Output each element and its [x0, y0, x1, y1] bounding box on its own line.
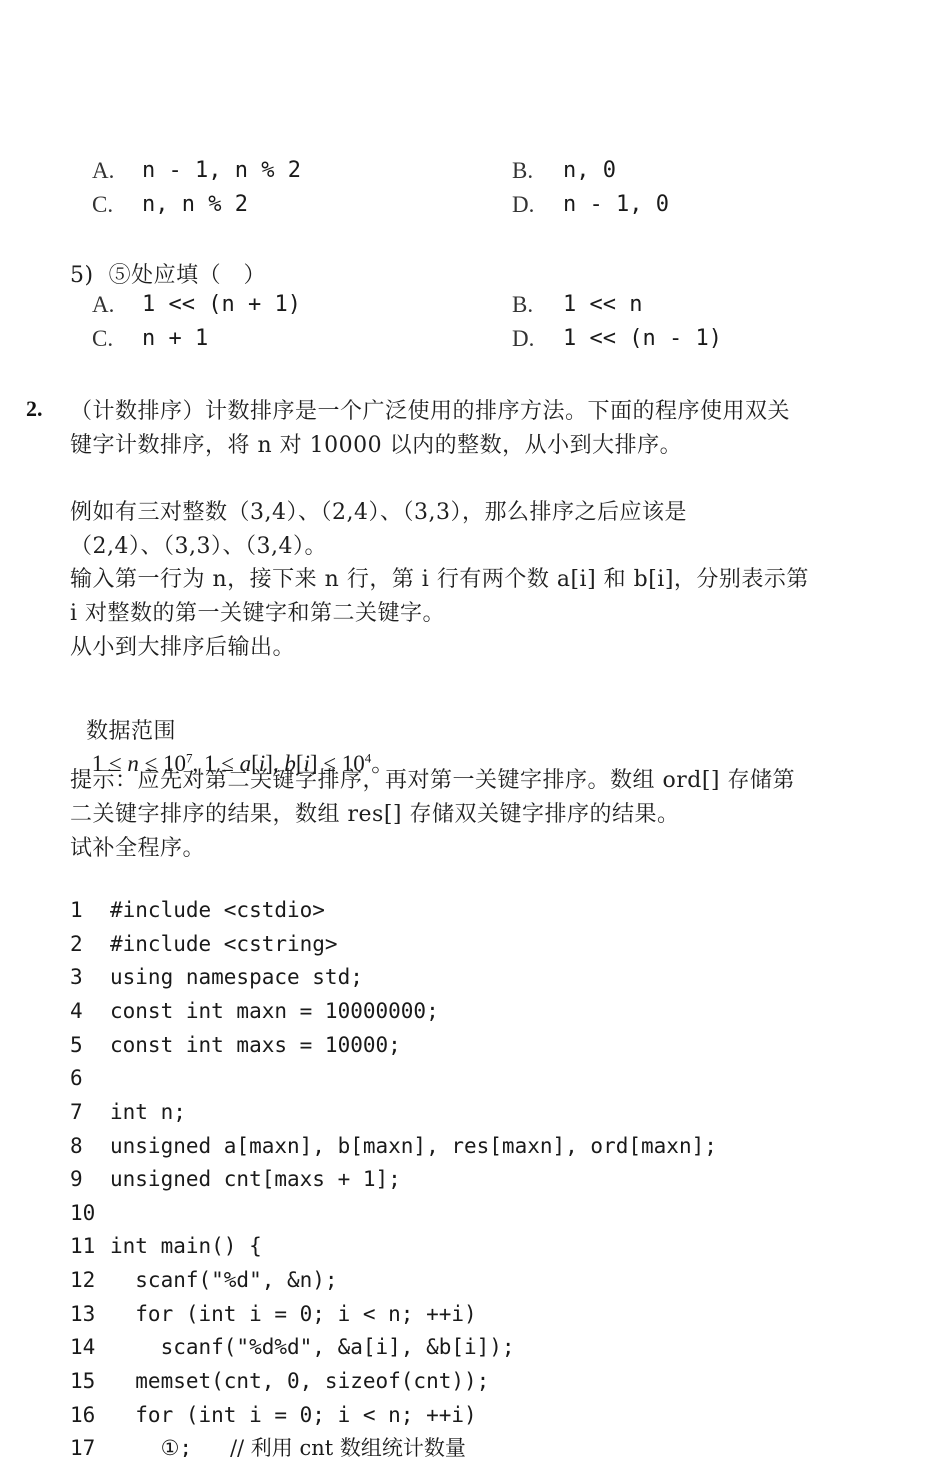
line-number: 11: [70, 1231, 110, 1261]
q4-option-a-label: A.: [92, 158, 114, 184]
code-line: 5const int maxs = 10000;: [70, 1030, 401, 1060]
line-number: 8: [70, 1131, 110, 1161]
line-number: 3: [70, 962, 110, 992]
code-line: 4const int maxn = 10000000;: [70, 996, 439, 1026]
hint-line3: 试补全程序。: [70, 831, 205, 862]
code-line: 7int n;: [70, 1097, 186, 1127]
code-text: for (int i = 0; i < n; ++i): [110, 1302, 477, 1326]
code-comment: // 利用 cnt 数组统计数量: [230, 1436, 466, 1457]
code-text: ①;: [110, 1436, 230, 1457]
code-text: int main() {: [110, 1234, 262, 1258]
q4-option-b-value: n, 0: [563, 158, 616, 183]
q5-option-a-label: A.: [92, 292, 114, 318]
q4-option-c-value: n, n % 2: [142, 192, 248, 217]
q5-option-c-label: C.: [92, 326, 113, 352]
line-number: 15: [70, 1366, 110, 1396]
code-text: unsigned cnt[maxs + 1];: [110, 1167, 401, 1191]
code-line: 17 ①; // 利用 cnt 数组统计数量: [70, 1433, 466, 1457]
q5-prompt: 5) ⑤处应填（ ）: [70, 258, 266, 289]
line-number: 13: [70, 1299, 110, 1329]
code-line: 16 for (int i = 0; i < n; ++i): [70, 1400, 477, 1430]
q4-option-a-value: n - 1, n % 2: [142, 158, 301, 183]
line-number: 1: [70, 895, 110, 925]
problem-intro-line2: 键字计数排序，将 n 对 10000 以内的整数，从小到大排序。: [70, 428, 682, 459]
line-number: 9: [70, 1164, 110, 1194]
code-line: 10: [70, 1198, 110, 1228]
line-number: 10: [70, 1198, 110, 1228]
line-number: 4: [70, 996, 110, 1026]
line-number: 12: [70, 1265, 110, 1295]
code-text: using namespace std;: [110, 965, 363, 989]
code-line: 2#include <cstring>: [70, 929, 338, 959]
code-line: 9unsigned cnt[maxs + 1];: [70, 1164, 401, 1194]
data-range-prefix: 数据范围: [86, 719, 176, 744]
code-text: scanf("%d", &n);: [110, 1268, 338, 1292]
q5-option-d-label: D.: [512, 326, 534, 352]
code-line: 12 scanf("%d", &n);: [70, 1265, 338, 1295]
code-line: 1#include <cstdio>: [70, 895, 325, 925]
problem-number: 2.: [26, 396, 43, 422]
example-line2: （2,4）、（3,3）、（3,4）。: [70, 529, 327, 560]
q5-option-d-value: 1 << (n - 1): [563, 326, 722, 351]
output-desc: 从小到大排序后输出。: [70, 630, 295, 661]
problem-intro-line1: （计数排序）计数排序是一个广泛使用的排序方法。下面的程序使用双关: [70, 394, 790, 425]
line-number: 17: [70, 1433, 110, 1457]
code-line: 6: [70, 1063, 110, 1093]
code-line: 15 memset(cnt, 0, sizeof(cnt));: [70, 1366, 489, 1396]
code-text: #include <cstring>: [110, 932, 338, 956]
input-desc-line1: 输入第一行为 n，接下来 n 行，第 i 行有两个数 a[i] 和 b[i]，分…: [70, 562, 809, 593]
q5-option-b-label: B.: [512, 292, 533, 318]
line-number: 14: [70, 1332, 110, 1362]
code-text: memset(cnt, 0, sizeof(cnt));: [110, 1369, 489, 1393]
line-number: 5: [70, 1030, 110, 1060]
code-line: 13 for (int i = 0; i < n; ++i): [70, 1299, 477, 1329]
code-text: #include <cstdio>: [110, 898, 325, 922]
line-number: 2: [70, 929, 110, 959]
code-text: unsigned a[maxn], b[maxn], res[maxn], or…: [110, 1134, 717, 1158]
q5-option-c-value: n + 1: [142, 326, 208, 351]
code-line: 14 scanf("%d%d", &a[i], &b[i]);: [70, 1332, 515, 1362]
line-number: 16: [70, 1400, 110, 1430]
line-number: 6: [70, 1063, 110, 1093]
q4-option-d-label: D.: [512, 192, 534, 218]
hint-line1: 提示：应先对第二关键字排序，再对第一关键字排序。数组 ord[] 存储第: [70, 763, 795, 794]
code-line: 11int main() {: [70, 1231, 262, 1261]
code-text: scanf("%d%d", &a[i], &b[i]);: [110, 1335, 515, 1359]
line-number: 7: [70, 1097, 110, 1127]
code-text: for (int i = 0; i < n; ++i): [110, 1403, 477, 1427]
input-desc-line2: i 对整数的第一关键字和第二关键字。: [70, 596, 445, 627]
q5-option-b-value: 1 << n: [563, 292, 642, 317]
code-text: const int maxs = 10000;: [110, 1033, 401, 1057]
example-line1: 例如有三对整数（3,4）、（2,4）、（3,3），那么排序之后应该是: [70, 495, 687, 526]
hint-line2: 二关键字排序的结果，数组 res[] 存储双关键字排序的结果。: [70, 797, 679, 828]
code-text: int n;: [110, 1100, 186, 1124]
q5-option-a-value: 1 << (n + 1): [142, 292, 301, 317]
q4-option-d-value: n - 1, 0: [563, 192, 669, 217]
q4-option-b-label: B.: [512, 158, 533, 184]
q4-option-c-label: C.: [92, 192, 113, 218]
code-text: const int maxn = 10000000;: [110, 999, 439, 1023]
code-line: 8unsigned a[maxn], b[maxn], res[maxn], o…: [70, 1131, 717, 1161]
code-line: 3using namespace std;: [70, 962, 363, 992]
